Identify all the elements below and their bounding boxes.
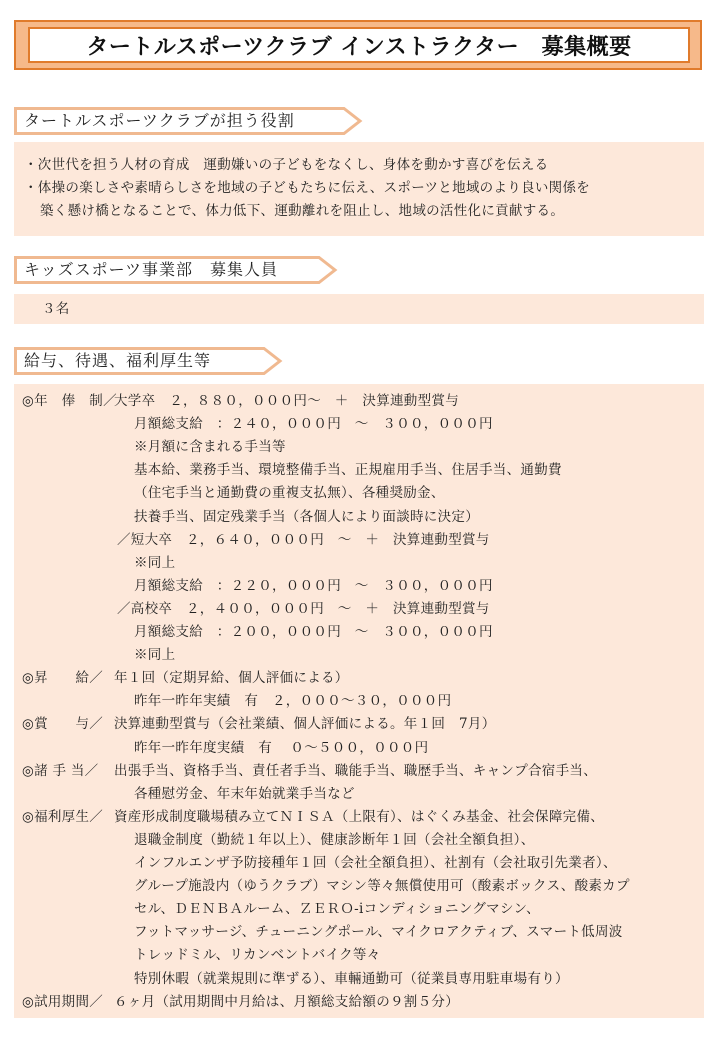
benefit-text: 月額総支給 ：２２０，０００円 ～ ３００，０００円 [134, 575, 493, 598]
benefit-text: ／高校卒 ２，４００，０００円 ～ ＋ 決算連動型賞与 [117, 598, 490, 621]
section-heading-recruit: キッズスポーツ事業部 募集人員 [14, 256, 339, 284]
section-heading-role-label: タートルスポーツクラブが担う役割 [24, 107, 295, 135]
benefit-text: 月額総支給 ：２４０，０００円 ～ ３００，０００円 [134, 413, 493, 436]
benefit-text: セル、ＤＥＮＢＡルーム、ＺＥＲＯ-iコンディショニングマシン、 [134, 898, 540, 921]
section-heading-recruit-label: キッズスポーツ事業部 募集人員 [24, 256, 278, 284]
benefit-text: 昨年一昨年度実績 有 ０～５００，０００円 [134, 737, 428, 760]
benefit-text: 出張手当、資格手当、責任者手当、職能手当、職歴手当、キャンプ合宿手当、 [114, 760, 597, 783]
benefit-text: フットマッサージ、チューニングポール、マイクロアクティブ、スマート低周波 [134, 921, 623, 944]
benefit-text: ／短大卒 ２，６４０，０００円 ～ ＋ 決算連動型賞与 [117, 529, 490, 552]
section-heading-benefits-label: 給与、待遇、福利厚生等 [24, 347, 211, 375]
benefits-panel: ◎年 俸 制／大学卒 ２，８８０，０００円～ ＋ 決算連動型賞与月額総支給 ：２… [14, 384, 704, 1018]
benefit-label: ◎諸 手 当／ [22, 760, 98, 783]
page-title: タートルスポーツクラブ インストラクター 募集概要 [28, 27, 690, 63]
benefit-text: ※同上 [134, 644, 175, 667]
recruit-count: ３名 [42, 298, 70, 321]
benefit-text: ※同上 [134, 552, 175, 575]
benefit-label: ◎昇 給／ [22, 667, 103, 690]
benefit-text: 資産形成制度職場積み立てＮＩＳＡ（上限有）、はぐくみ基金、社会保障完備、 [114, 806, 604, 829]
benefit-text: 扶養手当、固定残業手当（各個人により面談時に決定） [134, 506, 479, 529]
benefit-text: 月額総支給 ：２００，０００円 ～ ３００，０００円 [134, 621, 493, 644]
benefit-label: ◎福利厚生／ [22, 806, 103, 829]
recruit-panel: ３名 [14, 294, 704, 324]
benefit-text: 各種慰労金、年末年始就業手当など [134, 783, 355, 806]
role-line: ・次世代を担う人材の育成 運動嫌いの子どもをなくし、身体を動かす喜びを伝える [24, 154, 548, 177]
role-line: 築く懸け橋となることで、体力低下、運動離れを阻止し、地域の活性化に貢献する。 [40, 200, 564, 223]
benefit-text: （住宅手当と通勤費の重複支払無）、各種奨励金、 [134, 482, 445, 505]
benefit-text: 大学卒 ２，８８０，０００円～ ＋ 決算連動型賞与 [114, 390, 459, 413]
benefit-text: 基本給、業務手当、環境整備手当、正規雇用手当、住居手当、通勤費 [134, 459, 562, 482]
benefit-label: ◎試用期間／ [22, 991, 103, 1014]
benefit-text: ６ヶ月（試用期間中月給は、月額総支給額の９割５分） [114, 991, 459, 1014]
section-heading-role: タートルスポーツクラブが担う役割 [14, 107, 364, 135]
benefit-text: ※月額に含まれる手当等 [134, 436, 286, 459]
role-line: ・体操の楽しさや素晴らしさを地域の子どもたちに伝え、スポーツと地域のより良い関係… [24, 177, 590, 200]
title-banner: タートルスポーツクラブ インストラクター 募集概要 [14, 20, 702, 70]
benefit-text: インフルエンザ予防接種年１回（会社全額負担）、社割有（会社取引先業者）、 [134, 852, 617, 875]
benefit-text: グループ施設内（ゆうクラブ）マシン等々無償使用可（酸素ボックス、酸素カプ [134, 875, 630, 898]
benefit-text: 退職金制度（勤続１年以上）、健康診断年１回（会社全額負担）、 [134, 829, 535, 852]
benefit-text: 昨年一昨年実績 有 ２，０００～３０，０００円 [134, 690, 451, 713]
benefit-label: ◎年 俸 制／ [22, 390, 117, 413]
role-panel: ・次世代を担う人材の育成 運動嫌いの子どもをなくし、身体を動かす喜びを伝える ・… [14, 142, 704, 236]
benefit-text: 決算連動型賞与（会社業績、個人評価による。年１回 7月） [114, 713, 496, 736]
benefit-text: 特別休暇（就業規則に準ずる）、車輛通勤可（従業員専用駐車場有り） [134, 968, 569, 991]
benefit-text: トレッドミル、リカンベントバイク等々 [134, 944, 381, 967]
benefit-label: ◎賞 与／ [22, 713, 103, 736]
benefit-text: 年１回（定期昇給、個人評価による） [114, 667, 349, 690]
section-heading-benefits: 給与、待遇、福利厚生等 [14, 347, 284, 375]
